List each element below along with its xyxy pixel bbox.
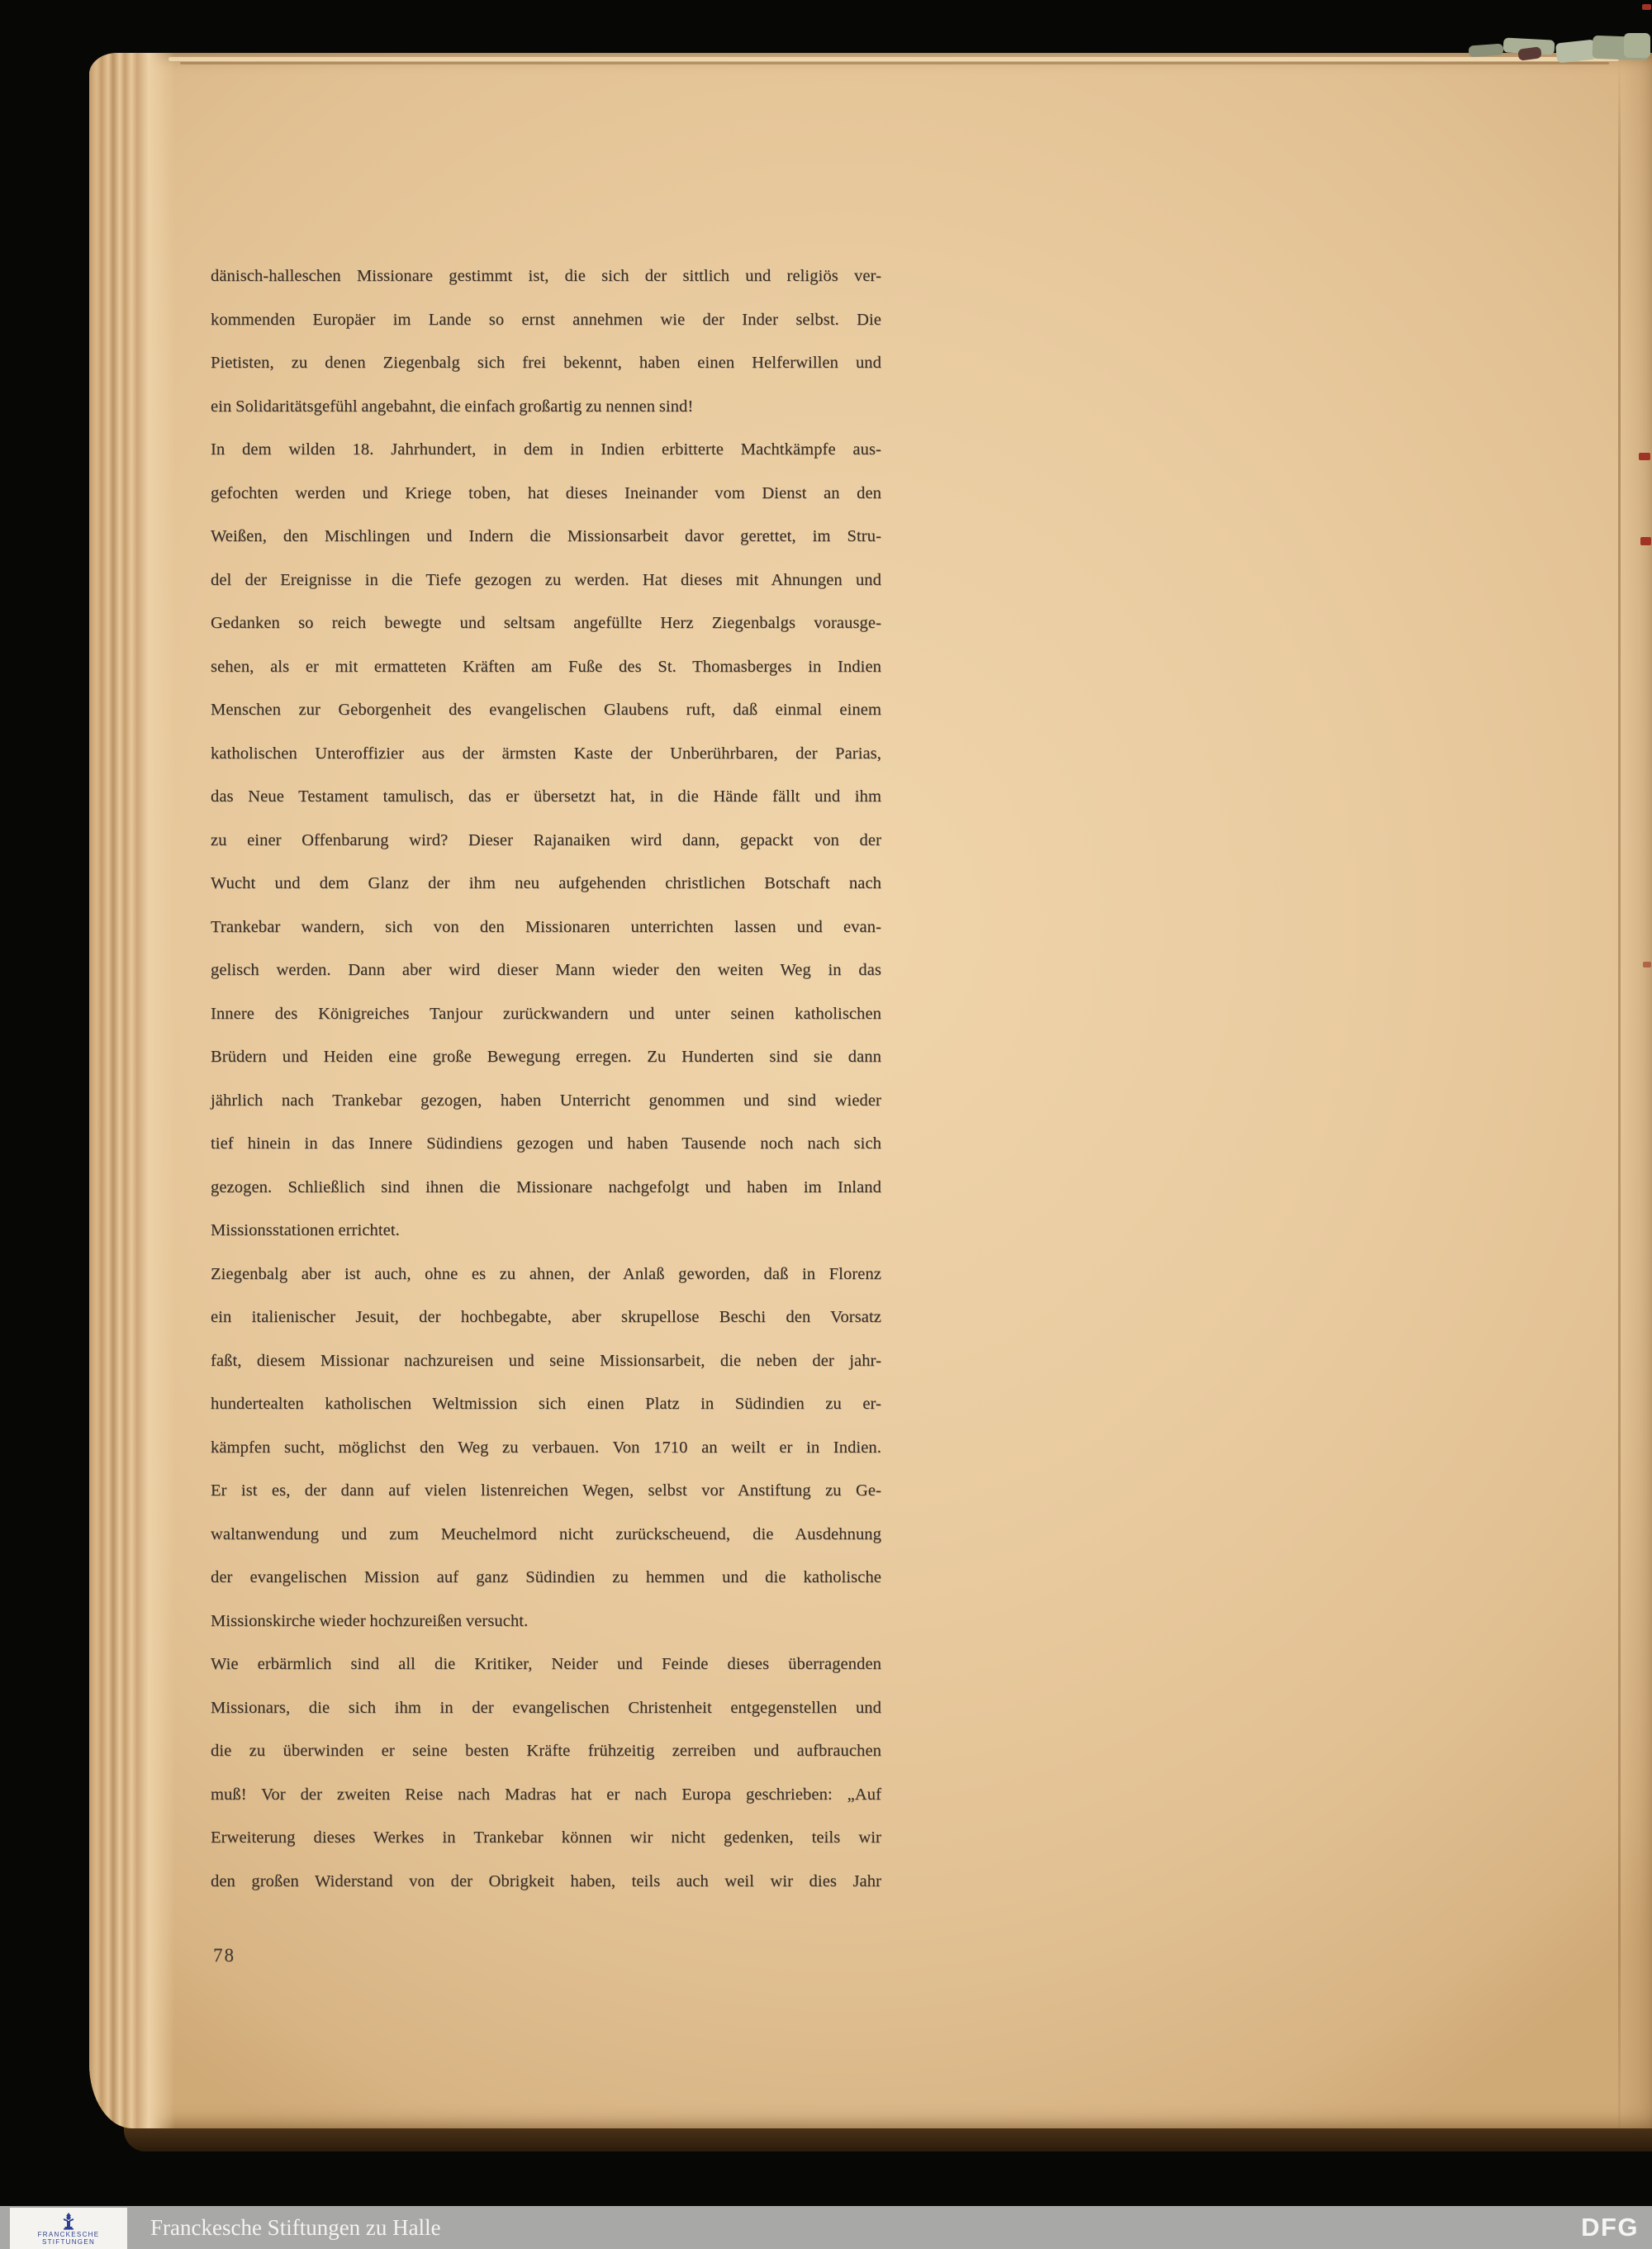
- page-top-edge-line: [180, 62, 1609, 64]
- red-edge-mark: [1642, 4, 1651, 10]
- text-line: dänisch-halleschen Missionare gestimmt i…: [211, 254, 881, 298]
- text-line: ein Solidaritätsgefühl angebahnt, die ei…: [211, 385, 881, 429]
- text-line: Pietisten, zu denen Ziegenbalg sich frei…: [211, 341, 881, 385]
- page-foredge-stack: [89, 53, 175, 2128]
- text-line: Missionskirche wieder hochzureißen versu…: [211, 1600, 881, 1643]
- text-line: Er ist es, der dann auf vielen listenrei…: [211, 1469, 881, 1513]
- text-line: tief hinein in das Innere Südindiens gez…: [211, 1122, 881, 1166]
- text-line: der evangelischen Mission auf ganz Südin…: [211, 1556, 881, 1600]
- text-line: katholischen Unteroffizier aus der ärmst…: [211, 732, 881, 776]
- text-line: gelisch werden. Dann aber wird dieser Ma…: [211, 949, 881, 992]
- text-line: faßt, diesem Missionar nachzureisen und …: [211, 1339, 881, 1383]
- text-line: Ziegenbalg aber ist auch, ohne es zu ahn…: [211, 1253, 881, 1296]
- text-line: die zu überwinden er seine besten Kräfte…: [211, 1729, 881, 1773]
- logo-caption-line1: FRANCKESCHE: [38, 2231, 100, 2238]
- stiftungen-emblem-icon: [60, 2212, 77, 2230]
- text-line: sehen, als er mit ermatteten Kräften am …: [211, 645, 881, 689]
- text-line: ein italienischer Jesuit, der hochbegabt…: [211, 1296, 881, 1339]
- text-line: Menschen zur Geborgenheit des evangelisc…: [211, 688, 881, 732]
- red-edge-mark: [1639, 453, 1650, 460]
- book-page: dänisch-halleschen Missionare gestimmt i…: [89, 53, 1652, 2128]
- text-line: das Neue Testament tamulisch, das er übe…: [211, 775, 881, 819]
- text-line: jährlich nach Trankebar gezogen, haben U…: [211, 1079, 881, 1123]
- text-line: Weißen, den Mischlingen und Indern die M…: [211, 515, 881, 559]
- page-gutter-shade: [1621, 53, 1652, 2128]
- text-line: del der Ereignisse in die Tiefe gezogen …: [211, 559, 881, 602]
- text-line: Wucht und dem Glanz der ihm neu aufgehen…: [211, 862, 881, 906]
- text-line: In dem wilden 18. Jahrhundert, in dem in…: [211, 428, 881, 472]
- text-line: Trankebar wandern, sich von den Missiona…: [211, 906, 881, 949]
- text-line: gezogen. Schließlich sind ihnen die Miss…: [211, 1166, 881, 1210]
- page-number: 78: [213, 1945, 235, 1966]
- text-line: Innere des Königreiches Tanjour zurückwa…: [211, 992, 881, 1036]
- binding-thread: [1469, 44, 1504, 58]
- text-line: kämpfen sucht, möglichst den Weg zu verb…: [211, 1426, 881, 1470]
- text-block: dänisch-halleschen Missionare gestimmt i…: [211, 254, 881, 1903]
- text-line: Missionars, die sich ihm in der evangeli…: [211, 1686, 881, 1730]
- binding-thread: [1624, 33, 1650, 58]
- dfg-logo: DFG: [1581, 2206, 1639, 2249]
- logo-caption-line2: STIFTUNGEN: [42, 2238, 95, 2246]
- page-top-edge-highlight: [169, 57, 1619, 61]
- page-right-crease: [1618, 59, 1621, 2128]
- viewer-footer-bar: FRANCKESCHE STIFTUNGEN Franckesche Stift…: [0, 2206, 1652, 2249]
- text-line: zu einer Offenbarung wird? Dieser Rajana…: [211, 819, 881, 863]
- franckesche-stiftungen-logo: FRANCKESCHE STIFTUNGEN: [10, 2208, 127, 2249]
- text-line: Brüdern und Heiden eine große Bewegung e…: [211, 1035, 881, 1079]
- text-line: Gedanken so reich bewegte und seltsam an…: [211, 601, 881, 645]
- text-line: Missionsstationen errichtet.: [211, 1209, 881, 1253]
- red-edge-mark: [1640, 537, 1651, 545]
- text-line: muß! Vor der zweiten Reise nach Madras h…: [211, 1773, 881, 1817]
- text-line: waltanwendung und zum Meuchelmord nicht …: [211, 1513, 881, 1557]
- text-line: hundertealten katholischen Weltmission s…: [211, 1382, 881, 1426]
- text-line: Wie erbärmlich sind all die Kritiker, Ne…: [211, 1643, 881, 1686]
- text-line: kommenden Europäer im Lande so ernst ann…: [211, 298, 881, 342]
- scan-viewer: dänisch-halleschen Missionare gestimmt i…: [0, 0, 1652, 2249]
- binding-thread: [1555, 40, 1597, 64]
- text-line: gefochten werden und Kriege toben, hat d…: [211, 472, 881, 516]
- text-line: Erweiterung dieses Werkes in Trankebar k…: [211, 1816, 881, 1860]
- text-line: den großen Widerstand von der Obrigkeit …: [211, 1860, 881, 1904]
- institution-label: Franckesche Stiftungen zu Halle: [150, 2206, 441, 2249]
- red-edge-mark: [1643, 962, 1651, 968]
